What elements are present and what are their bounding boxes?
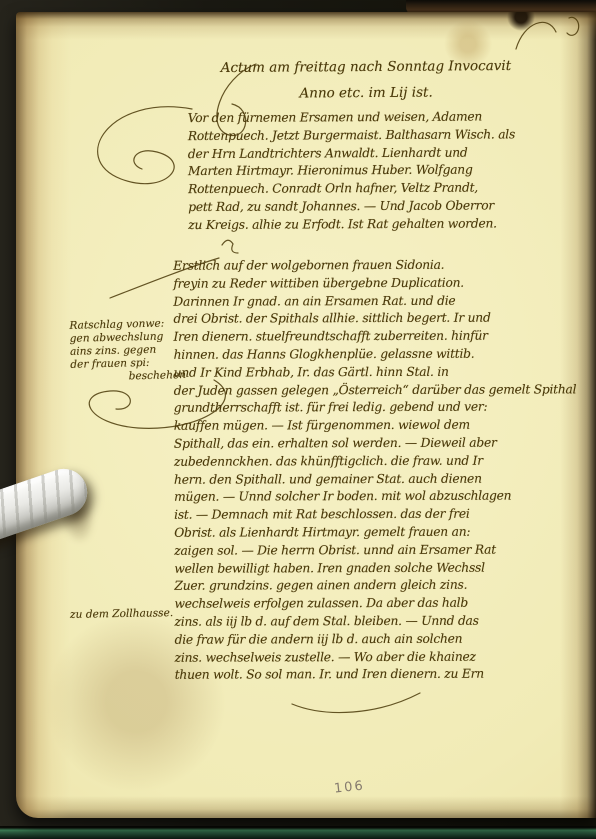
manuscript-line: Rottenpuech. Conradt Orln hafner, Veltz … bbox=[188, 179, 594, 199]
manuscript-line: Rottenpuech. Jetzt Burgermaist. Balthasa… bbox=[188, 126, 594, 146]
margin-note-ratschlag: Ratschlag vonwe:gen abwechslungains zins… bbox=[69, 316, 221, 385]
manuscript-line: Erstlich auf der wolgebornen frauen Sido… bbox=[173, 256, 593, 275]
manuscript-line: wellen bewilligt haben. Iren gnaden solc… bbox=[174, 559, 594, 578]
manuscript-line: zu Kreigs. alhie zu Erfodt. Ist Rat geha… bbox=[188, 215, 594, 235]
heading-line-1: Actum am freittag nach Sonntag Invocavit bbox=[156, 53, 576, 82]
page-number-pencil: 106 bbox=[333, 778, 365, 796]
manuscript-line: Zuer. grundzins. gegen ainen andern glei… bbox=[174, 577, 594, 596]
main-paragraph: Erstlich auf der wolgebornen frauen Sido… bbox=[173, 256, 594, 685]
flourish-bottom bbox=[292, 693, 420, 713]
margin-note-zollhaus: zu dem Zollhausse. bbox=[70, 607, 173, 622]
manuscript-line: zubedennckhen. das khünfftigclich. die f… bbox=[174, 452, 594, 471]
manuscript-line: Vor den fürnemen Ersamen und weisen, Ada… bbox=[188, 108, 594, 128]
manuscript-line: Marten Hirtmayr. Hieronimus Huber. Wolfg… bbox=[188, 161, 594, 181]
manuscript-page: Actum am freittag nach Sonntag Invocavit… bbox=[16, 12, 596, 818]
manuscript-line: thuen wolt. So sol man. Ir. und Iren die… bbox=[175, 666, 595, 685]
manuscript-line: kauffen mügen. — Ist fürgenommen. wiewol… bbox=[174, 416, 594, 435]
heading-line-2: Anno etc. im Lij ist. bbox=[156, 79, 576, 108]
manuscript-line: der Hrn Landtrichters Anwaldt. Lienhardt… bbox=[188, 144, 594, 164]
manuscript-line: hern. den Spithall. und gemainer Stat. a… bbox=[174, 470, 594, 489]
heading: Actum am freittag nach Sonntag Invocavit… bbox=[156, 53, 576, 108]
manuscript-line: zins. wechselweis zustelle. — Wo aber di… bbox=[175, 648, 595, 667]
manuscript-line: pett Rad, zu sandt Johannes. — Und Jacob… bbox=[188, 197, 594, 217]
manuscript-line: hinnen. das Hanns Glogkhenplüe. gelassne… bbox=[174, 345, 594, 364]
intro-paragraph: Vor den fürnemen Ersamen und weisen, Ada… bbox=[188, 108, 595, 235]
manuscript-line: und Ir Kind Erbhab, Ir. das Gärtl. hinn … bbox=[174, 363, 594, 382]
manuscript-line: ist. — Demnach mit Rat beschlossen. das … bbox=[174, 505, 594, 524]
manuscript-line: freyin zu Reder wittiben übergebne Dupli… bbox=[173, 274, 593, 293]
table-edge-strip bbox=[0, 826, 596, 839]
manuscript-line: grundtherrschafft ist. für frei ledig. g… bbox=[174, 399, 594, 418]
manuscript-line: drei Obrist. der Spithals allhie. sittli… bbox=[173, 310, 593, 329]
manuscript-line: zaigen sol. — Die herrn Obrist. unnd ain… bbox=[174, 541, 594, 560]
margin-note-line: beschehen bbox=[128, 368, 220, 383]
manuscript-line: die fraw für die andern iij lb d. auch a… bbox=[175, 630, 595, 649]
manuscript-line: zins. als iij lb d. auf dem Stal. bleibe… bbox=[174, 612, 594, 631]
manuscript-line: Spithall, das ein. erhalten sol werden. … bbox=[174, 434, 594, 453]
flourish-oval bbox=[98, 107, 192, 184]
manuscript-line: mügen. — Unnd solcher Ir boden. mit wol … bbox=[174, 488, 594, 507]
manuscript-line: wechselweis erfolgen zulassen. Da aber d… bbox=[174, 594, 594, 613]
manuscript-line: Iren dienern. stuelfreundtschafft zuberr… bbox=[174, 327, 594, 346]
archive-photo-background: Actum am freittag nach Sonntag Invocavit… bbox=[0, 0, 596, 839]
flourish-top-right bbox=[516, 22, 556, 49]
manuscript-line: Obrist. als Lienhardt Hirtmayr. gemelt f… bbox=[174, 523, 594, 542]
manuscript-line: der Juden gassen gelegen „Österreich“ da… bbox=[174, 381, 594, 400]
manuscript-line: Darinnen Ir gnad. an ain Ersamen Rat. un… bbox=[173, 292, 593, 311]
